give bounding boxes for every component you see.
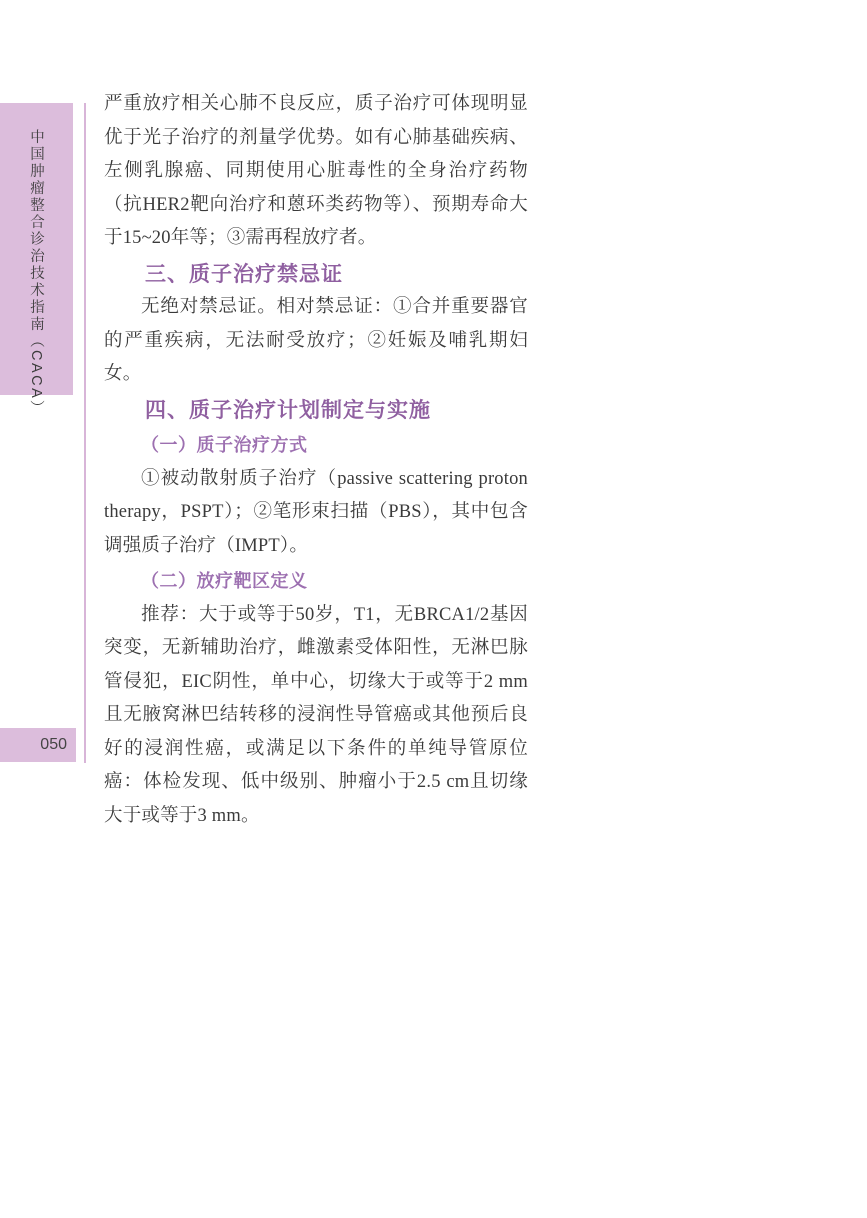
body-paragraph: ①被动散射质子治疗（passive scattering proton ther… [104, 463, 528, 564]
sidebar-book-title: 中国肿瘤整合诊治技术指南（CACA） [26, 129, 47, 417]
section-heading: 三、质子治疗禁忌证 [104, 258, 528, 292]
sidebar-book-title-tab: 中国肿瘤整合诊治技术指南（CACA） [0, 103, 73, 395]
sub-section-heading: （一）质子治疗方式 [104, 429, 528, 463]
vertical-divider-rule [84, 103, 86, 763]
page-number: 050 [40, 736, 67, 754]
body-paragraph: 推荐：大于或等于50岁，T1，无BRCA1/2基因突变，无新辅助治疗，雌激素受体… [104, 599, 528, 834]
page-number-box: 050 [0, 728, 76, 762]
sub-section-heading: （二）放疗靶区定义 [104, 565, 528, 599]
body-paragraph: 严重放疗相关心肺不良反应，质子治疗可体现明显优于光子治疗的剂量学优势。如有心肺基… [104, 88, 528, 256]
body-paragraph: 无绝对禁忌证。相对禁忌证：①合并重要器官的严重疾病，无法耐受放疗；②妊娠及哺乳期… [104, 291, 528, 392]
main-text-column: 严重放疗相关心肺不良反应，质子治疗可体现明显优于光子治疗的剂量学优势。如有心肺基… [104, 88, 528, 833]
section-heading: 四、质子治疗计划制定与实施 [104, 394, 528, 428]
book-page: 中国肿瘤整合诊治技术指南（CACA） 050 严重放疗相关心肺不良反应，质子治疗… [0, 0, 867, 1218]
